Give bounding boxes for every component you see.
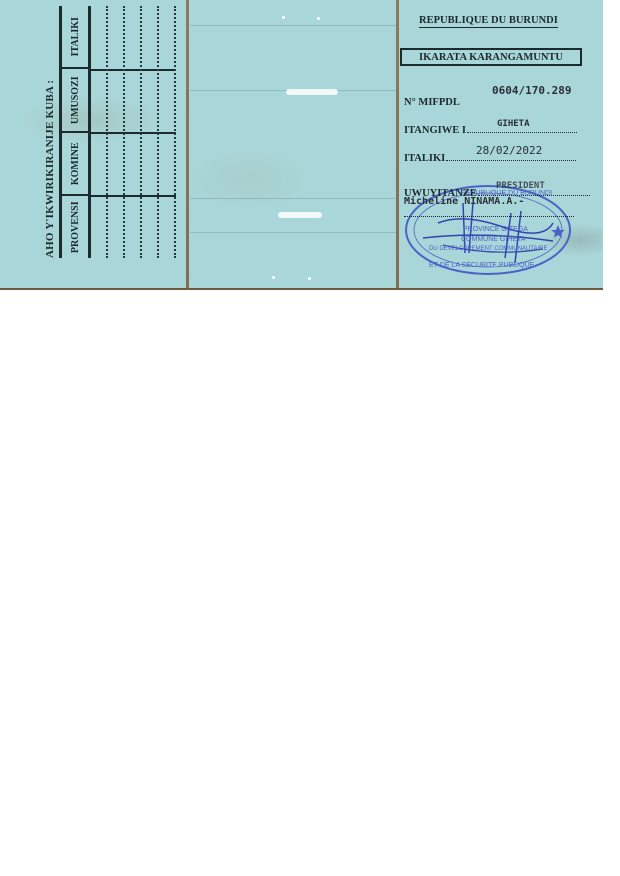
entry-line bbox=[157, 6, 159, 258]
staple-mark bbox=[286, 89, 338, 95]
pin-hole bbox=[272, 276, 275, 279]
number-label: N° MIFPDL bbox=[404, 97, 460, 108]
entry-line bbox=[140, 6, 142, 258]
column-divider bbox=[88, 195, 176, 197]
column-divider bbox=[88, 132, 176, 134]
pin-hole bbox=[282, 16, 285, 19]
issued-at-field: ITANGIWE I bbox=[404, 125, 577, 136]
country-heading: REPUBLIQUE DU BURUNDI bbox=[419, 15, 558, 28]
signature bbox=[463, 203, 521, 263]
column-komine: KOMINE bbox=[62, 133, 88, 197]
entry-line bbox=[174, 6, 176, 258]
number-value: 0604/170.289 bbox=[492, 84, 571, 97]
column-provensi: PROVENSI bbox=[62, 197, 88, 259]
middle-panel bbox=[190, 0, 396, 290]
left-panel: AHO Y'IKWIRIKIRANIJE KUBA : PROVENSI KOM… bbox=[0, 0, 187, 290]
stamp-commune: COMMUNE GIHETA bbox=[461, 236, 525, 243]
issued-at-line bbox=[467, 131, 577, 133]
entry-line bbox=[123, 6, 125, 258]
issued-at-value: GIHETA bbox=[497, 119, 530, 129]
issued-at-label: ITANGIWE I bbox=[404, 125, 466, 136]
star-icon bbox=[551, 225, 565, 238]
pin-hole bbox=[308, 277, 311, 280]
date-value: 28/02/2022 bbox=[476, 144, 542, 157]
issuer-name: Micheline NINAMA.A.- bbox=[404, 196, 524, 207]
residence-header-row: PROVENSI KOMINE UMUSOZI ITALIKI bbox=[59, 6, 91, 258]
date-line bbox=[446, 159, 576, 161]
stamp-province: PROVINCE GITEGA bbox=[463, 226, 528, 233]
issuer-title: PRESIDENT bbox=[496, 181, 545, 191]
right-panel: REPUBLIQUE DU BURUNDI IKARATA KARANGAMUN… bbox=[399, 0, 603, 290]
stamp-bottom: ET DE LA SECURITE PUBLIQUE bbox=[429, 262, 534, 269]
identity-card: AHO Y'IKWIRIKIRANIJE KUBA : PROVENSI KOM… bbox=[0, 0, 603, 290]
pin-hole bbox=[317, 17, 320, 20]
number-field: N° MIFPDL bbox=[404, 97, 460, 108]
staple-mark bbox=[278, 212, 322, 218]
residence-table: AHO Y'IKWIRIKIRANIJE KUBA : PROVENSI KOM… bbox=[0, 0, 187, 270]
signature-line bbox=[404, 216, 574, 217]
residence-heading: AHO Y'IKWIRIKIRANIJE KUBA : bbox=[44, 8, 56, 258]
entry-line bbox=[106, 6, 108, 258]
column-italiki: ITALIKI bbox=[62, 6, 88, 70]
column-divider bbox=[88, 69, 176, 71]
column-umusozi: UMUSOZI bbox=[62, 70, 88, 134]
card-title: IKARATA KARANGAMUNTU bbox=[400, 48, 582, 66]
stamp-arc: DU DEVELOPPEMENT COMMUNAUTAIRE bbox=[429, 246, 547, 252]
date-label: ITALIKI bbox=[404, 153, 445, 164]
